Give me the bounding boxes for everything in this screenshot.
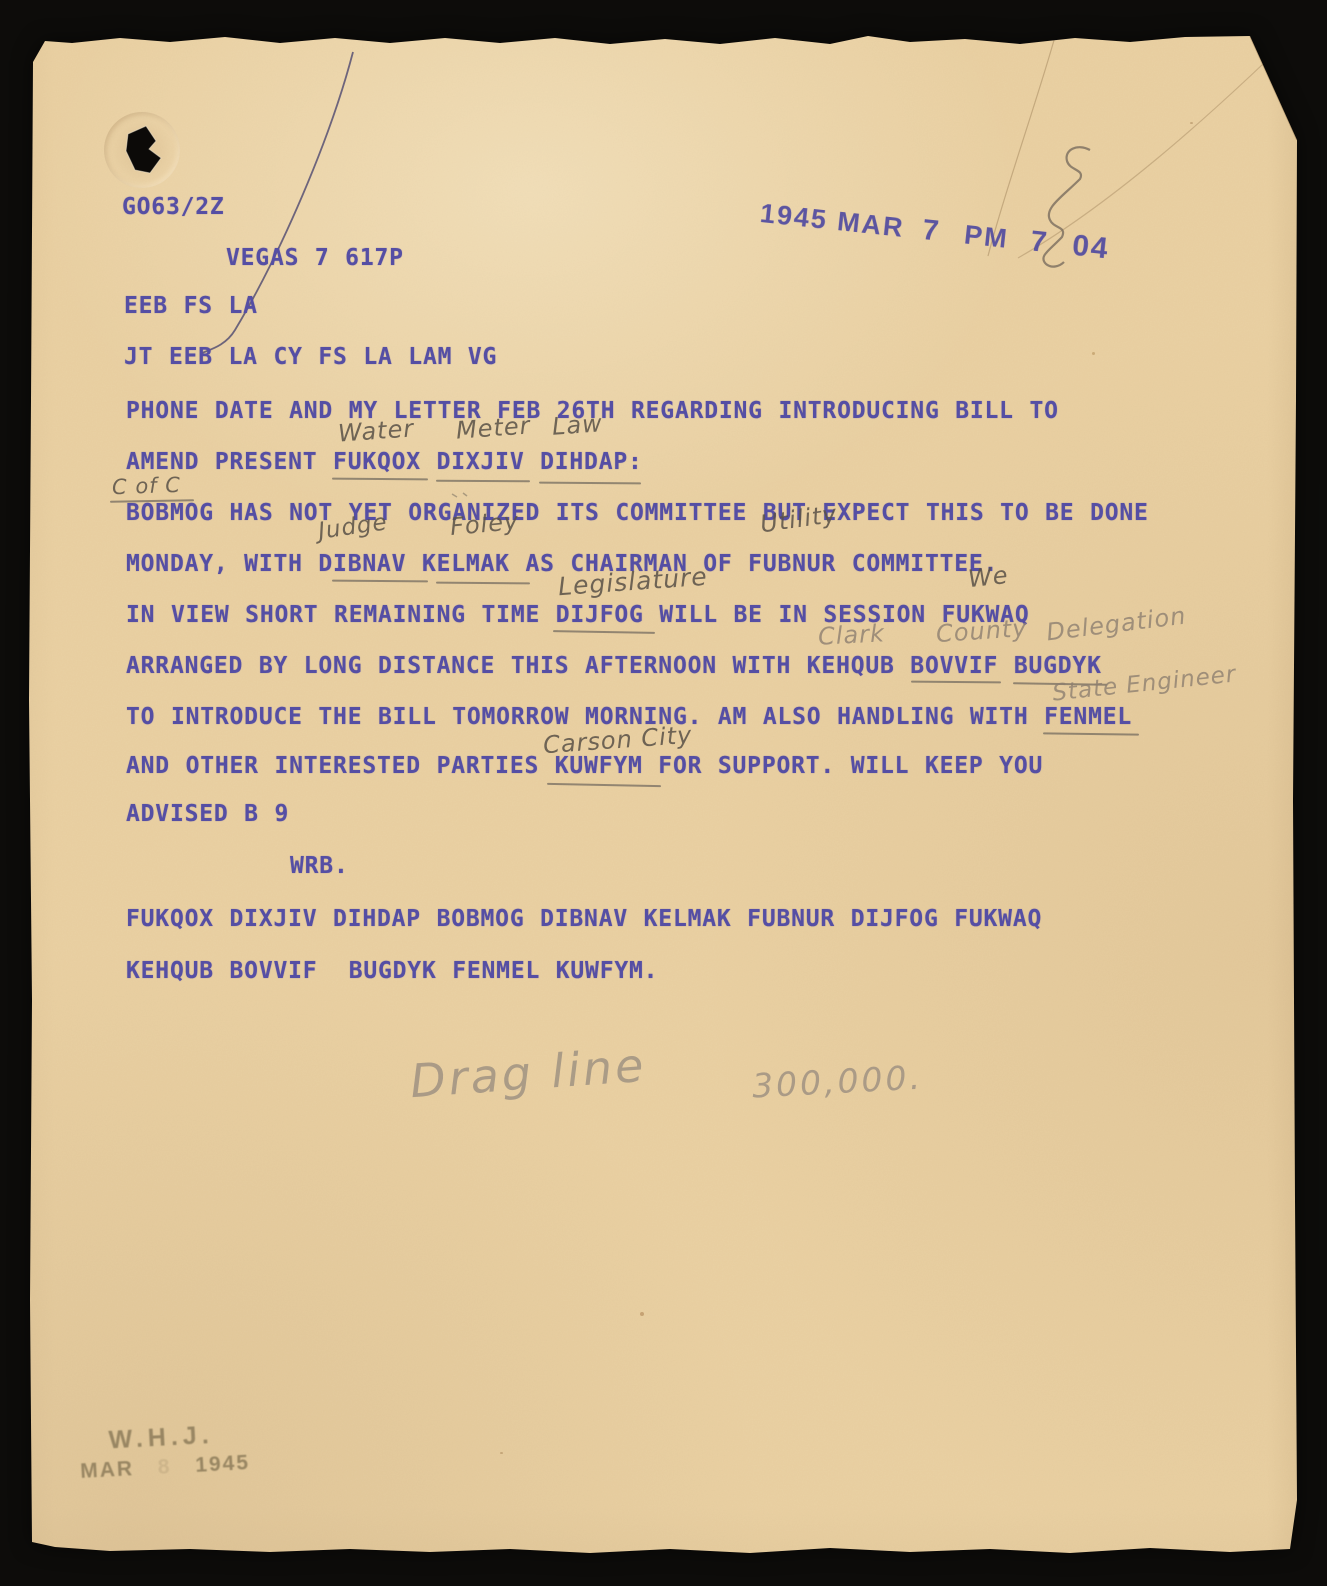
paper-shadow-wrap: 1945 MAR7PM704 GO63/2Z VEGAS 7 617P EEB …: [0, 0, 1327, 1586]
pencil-annotation-we: We: [967, 561, 1010, 593]
stamp-minute: 04: [1071, 229, 1112, 266]
body-line: AMEND PRESENT FUKQOX DIXJIV DIHDAP:: [126, 449, 643, 475]
filing-stamp-month: MAR: [80, 1457, 135, 1483]
filing-stamp-day: 8: [157, 1455, 172, 1479]
telegram-document: 1945 MAR7PM704 GO63/2Z VEGAS 7 617P EEB …: [0, 0, 1327, 1586]
code-check-line: FUKQOX DIXJIV DIHDAP BOBMOG DIBNAV KELMA…: [126, 906, 1042, 932]
addressee-line: EEB FS LA: [124, 293, 258, 319]
pencil-annotation-meter: Meter: [455, 411, 531, 444]
paper-speck: [640, 1312, 644, 1316]
stamp-day: 7: [921, 214, 942, 248]
transmission-line: JT EEB LA CY FS LA LAM VG: [124, 344, 497, 370]
pencil-tick-marks: [452, 493, 467, 497]
pencil-annotation-law: Law: [551, 409, 604, 440]
paper-crease: [988, 4, 1064, 256]
filing-stamp: W.H.J. MAR 8 1945: [78, 1419, 251, 1484]
corner-fold-crease: [1250, 36, 1297, 140]
stamp-meridiem: PM: [963, 219, 1010, 253]
paper-speck: [1092, 352, 1095, 355]
origin-line: VEGAS 7 617P: [226, 245, 404, 271]
body-line: ADVISED B 9: [126, 801, 289, 827]
pencil-annotation-water: Water: [337, 414, 415, 447]
paper-speck: [1190, 122, 1193, 124]
pencil-annotation-foley: Foley: [449, 507, 520, 541]
paper-speck: [500, 1452, 503, 1454]
signature: WRB.: [290, 853, 349, 879]
pencil-marks-layer: [0, 0, 1327, 1586]
code-check-line: KEHQUB BOVVIF BUGDYK FENMEL KUWFYM.: [126, 958, 658, 984]
stamp-hour: 7: [1029, 225, 1050, 259]
body-line: IN VIEW SHORT REMAINING TIME DIJFOG WILL…: [126, 602, 1029, 628]
punch-hole: [126, 126, 161, 173]
pencil-annotation-clark: Clark: [817, 619, 885, 650]
body-line: BOBMOG HAS NOT YET ORGANIZED ITS COMMITT…: [126, 500, 1149, 526]
routing-code: GO63/2Z: [122, 194, 225, 220]
body-line: ARRANGED BY LONG DISTANCE THIS AFTERNOON…: [126, 653, 1102, 679]
body-line: AND OTHER INTERESTED PARTIES KUWFYM FOR …: [126, 753, 1043, 779]
filing-stamp-initials: W.H.J.: [108, 1419, 249, 1455]
photo-backdrop: 1945 MAR7PM704 GO63/2Z VEGAS 7 617P EEB …: [0, 0, 1327, 1586]
filing-stamp-year: 1945: [195, 1451, 251, 1477]
pencil-annotation-cofc: C of C: [112, 473, 182, 499]
